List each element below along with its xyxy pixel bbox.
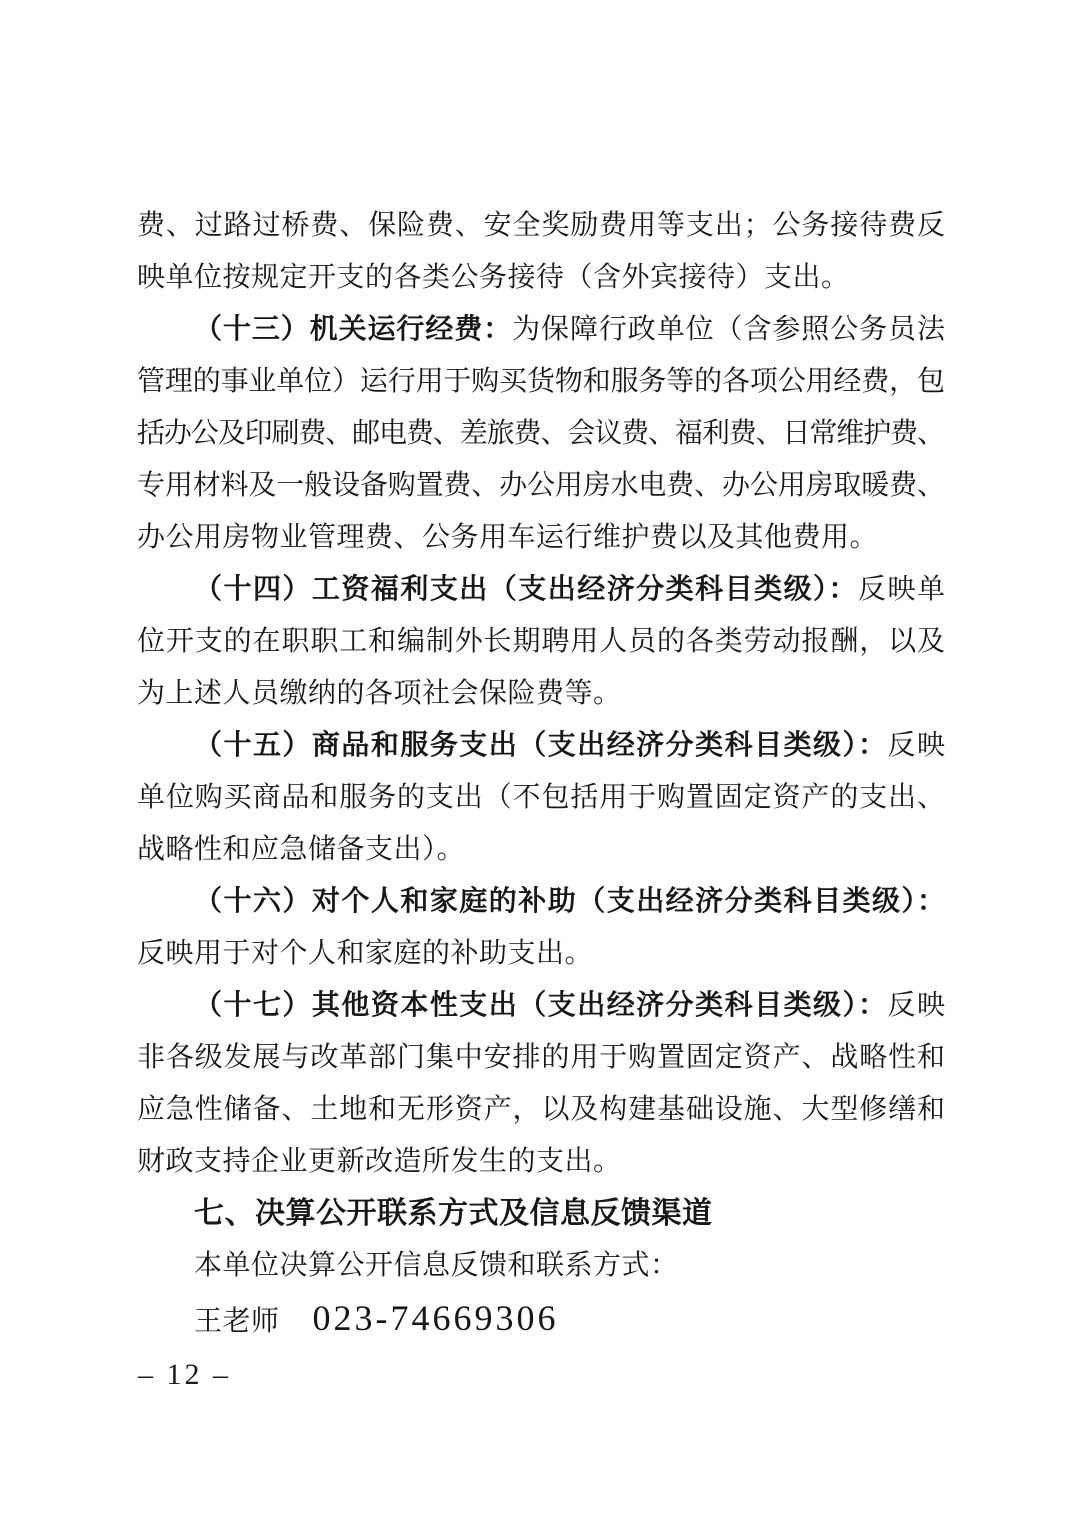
line-text: 位开支的在职职工和编制外长期聘用人员的各类劳动报酬，以及 (137, 626, 943, 657)
section-heading: 七、决算公开联系方式及信息反馈渠道 (137, 1188, 943, 1240)
document-page: 费、过路过桥费、保险费、安全奖励费用等支出；公务接待费反映单位按规定开支的各类公… (0, 0, 1074, 1520)
document-body: 费、过路过桥费、保险费、安全奖励费用等支出；公务接待费反映单位按规定开支的各类公… (137, 200, 943, 1344)
line-text: 专用材料及一般设备购置费、办公用房水电费、办公用房取暖费、 (137, 470, 943, 501)
text-line: 管理的事业单位）运行用于购买货物和服务等的各项公用经费，包 (137, 356, 943, 408)
emphasis-lead: （十七）其他资本性支出（支出经济分类科目类级）： (194, 990, 888, 1021)
text-line: 为上述人员缴纳的各项社会保险费等。 (137, 668, 943, 720)
text-line: （十六）对个人和家庭的补助（支出经济分类科目类级）： (137, 876, 943, 928)
emphasis-lead: （十三）机关运行经费： (194, 314, 512, 345)
line-text: 为保障行政单位（含参照公务员法 (512, 314, 943, 345)
line-text: 管理的事业单位）运行用于购买货物和服务等的各项公用经费，包 (137, 366, 943, 397)
text-line: 括办公及印刷费、邮电费、差旅费、会议费、福利费、日常维护费、 (137, 408, 943, 460)
emphasis-lead: （十四）工资福利支出（支出经济分类科目类级）： (194, 574, 858, 605)
text-line: 费、过路过桥费、保险费、安全奖励费用等支出；公务接待费反 (137, 200, 943, 252)
contact-name: 王老师 (194, 1306, 280, 1337)
text-line: （十三）机关运行经费：为保障行政单位（含参照公务员法 (137, 304, 943, 356)
line-text: 战略性和应急储备支出）。 (137, 834, 465, 865)
text-line: 本单位决算公开信息反馈和联系方式： (137, 1240, 943, 1292)
text-line: 映单位按规定开支的各类公务接待（含外宾接待）支出。 (137, 252, 943, 304)
contact-line: 王老师023-74669306 (137, 1292, 943, 1344)
page-number: – 12 – (138, 1358, 231, 1392)
text-line: 专用材料及一般设备购置费、办公用房水电费、办公用房取暖费、 (137, 460, 943, 512)
text-line: 财政支持企业更新改造所发生的支出。 (137, 1136, 943, 1188)
text-line: （十七）其他资本性支出（支出经济分类科目类级）：反映 (137, 980, 943, 1032)
emphasis-lead: （十六）对个人和家庭的补助（支出经济分类科目类级）： (194, 886, 943, 917)
emphasis-lead: （十五）商品和服务支出（支出经济分类科目类级）： (194, 730, 888, 761)
line-text: 反映用于对个人和家庭的补助支出。 (137, 938, 593, 969)
line-text: 财政支持企业更新改造所发生的支出。 (137, 1146, 622, 1177)
line-text: 费、过路过桥费、保险费、安全奖励费用等支出；公务接待费反 (137, 210, 943, 241)
line-text: 反映 (888, 730, 943, 761)
line-text: 应急性储备、土地和无形资产，以及构建基础设施、大型修缮和 (137, 1094, 943, 1125)
line-text: 单位购买商品和服务的支出（不包括用于购置固定资产的支出、 (137, 782, 943, 813)
text-line: 反映用于对个人和家庭的补助支出。 (137, 928, 943, 980)
text-line: （十五）商品和服务支出（支出经济分类科目类级）：反映 (137, 720, 943, 772)
contact-phone: 023-74669306 (313, 1298, 559, 1338)
line-text: 办公用房物业管理费、公务用车运行维护费以及其他费用。 (137, 522, 878, 553)
line-text: 反映 (888, 990, 943, 1021)
line-text: 为上述人员缴纳的各项社会保险费等。 (137, 678, 622, 709)
line-text: 反映单 (858, 574, 943, 605)
text-line: 非各级发展与改革部门集中安排的用于购置固定资产、战略性和 (137, 1032, 943, 1084)
text-line: （十四）工资福利支出（支出经济分类科目类级）：反映单 (137, 564, 943, 616)
text-line: 战略性和应急储备支出）。 (137, 824, 943, 876)
text-line: 应急性储备、土地和无形资产，以及构建基础设施、大型修缮和 (137, 1084, 943, 1136)
line-text: 非各级发展与改革部门集中安排的用于购置固定资产、战略性和 (137, 1042, 943, 1073)
line-text: 本单位决算公开信息反馈和联系方式： (194, 1250, 679, 1281)
line-text: 映单位按规定开支的各类公务接待（含外宾接待）支出。 (137, 262, 850, 293)
text-line: 单位购买商品和服务的支出（不包括用于购置固定资产的支出、 (137, 772, 943, 824)
text-line: 位开支的在职职工和编制外长期聘用人员的各类劳动报酬，以及 (137, 616, 943, 668)
line-text: 括办公及印刷费、邮电费、差旅费、会议费、福利费、日常维护费、 (137, 418, 943, 449)
text-line: 办公用房物业管理费、公务用车运行维护费以及其他费用。 (137, 512, 943, 564)
line-text: 七、决算公开联系方式及信息反馈渠道 (194, 1197, 713, 1230)
